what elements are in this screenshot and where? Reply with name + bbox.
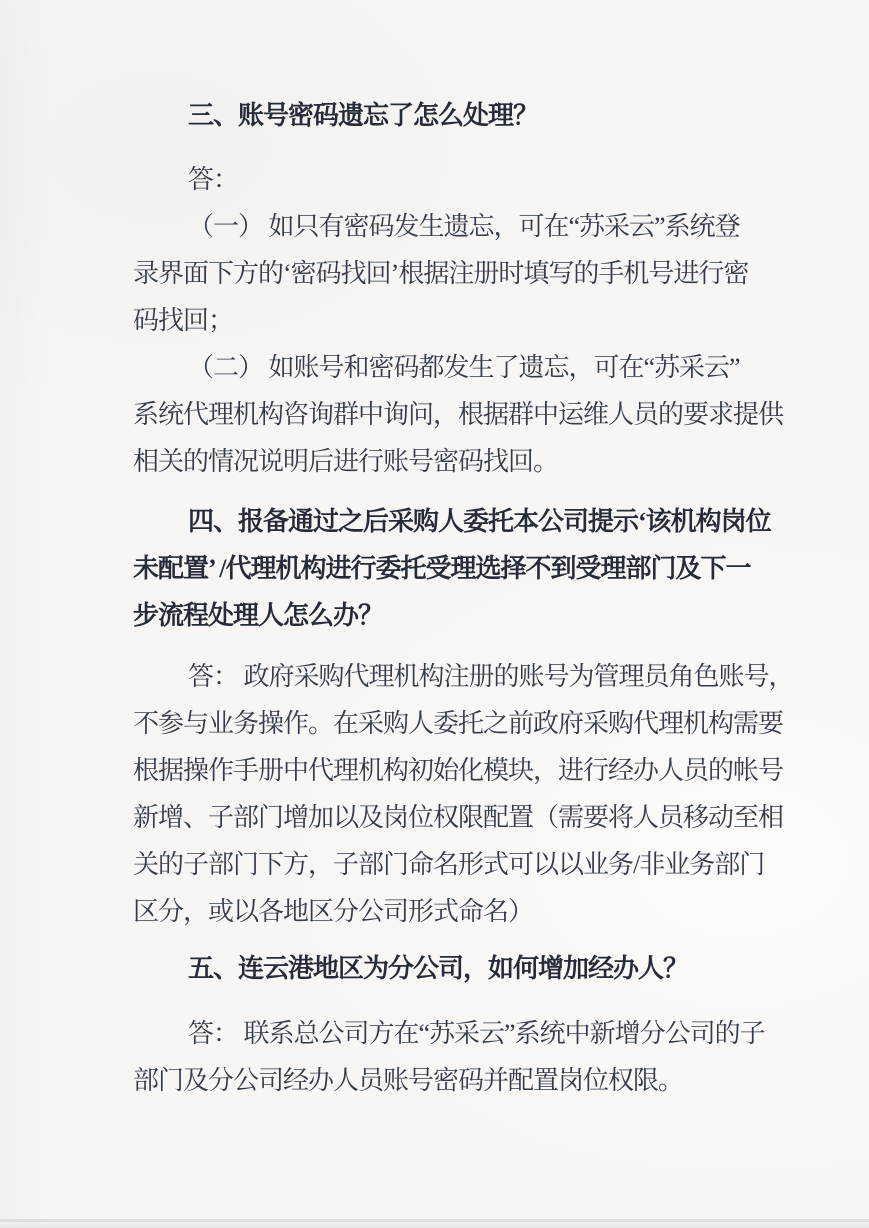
text-line: 部门及分公司经办人员账号密码并配置岗位权限。 xyxy=(133,1057,793,1104)
text-line: 三、账号密码遗忘了怎么处理？ xyxy=(133,92,793,139)
question-3-answer-item-2: （二） 如账号和密码都发生了遗忘，可在“苏采云”系统代理机构咨询群中询问，根据群… xyxy=(133,344,793,485)
text-line: 区分，或以各地区分公司形式命名） xyxy=(133,888,793,935)
text-line: 答： 联系总公司方在“苏采云”系统中新增分公司的子 xyxy=(133,1010,793,1057)
text-line: 步流程处理人怎么办？ xyxy=(133,592,793,639)
question-3-answer-label: 答： xyxy=(133,156,793,203)
text-line: 不参与业务操作。在采购人委托之前政府采购代理机构需要 xyxy=(133,700,793,747)
question-5-heading: 五、连云港地区为分公司，如何增加经办人？ xyxy=(133,945,793,992)
text-line: 录界面下方的‘密码找回’根据注册时填写的手机号进行密 xyxy=(133,250,793,297)
text-line: 五、连云港地区为分公司，如何增加经办人？ xyxy=(133,945,793,992)
question-5-answer: 答： 联系总公司方在“苏采云”系统中新增分公司的子部门及分公司经办人员账号密码并… xyxy=(133,1010,793,1104)
question-4-answer: 答： 政府采购代理机构注册的账号为管理员角色账号，不参与业务操作。在采购人委托之… xyxy=(133,653,793,935)
text-line: 根据操作手册中代理机构初始化模块，进行经办人员的帐号 xyxy=(133,747,793,794)
text-line: 关的子部门下方，子部门命名形式可以以业务/非业务部门 xyxy=(133,841,793,888)
question-3-answer-item-1: （一） 如只有密码发生遗忘，可在“苏采云”系统登录界面下方的‘密码找回’根据注册… xyxy=(133,203,793,344)
question-3-heading: 三、账号密码遗忘了怎么处理？ xyxy=(133,92,793,139)
scanned-document-page: 三、账号密码遗忘了怎么处理？ 答： （一） 如只有密码发生遗忘，可在“苏采云”系… xyxy=(0,0,869,1228)
question-4-heading: 四、报备通过之后采购人委托本公司提示‘该机构岗位未配置’ /代理机构进行委托受理… xyxy=(133,498,793,639)
text-line: 答： xyxy=(133,156,793,203)
text-line: （二） 如账号和密码都发生了遗忘，可在“苏采云” xyxy=(133,344,793,391)
text-line: 相关的情况说明后进行账号密码找回。 xyxy=(133,438,793,485)
text-line: 系统代理机构咨询群中询问，根据群中运维人员的要求提供 xyxy=(133,391,793,438)
text-line: （一） 如只有密码发生遗忘，可在“苏采云”系统登 xyxy=(133,203,793,250)
text-line: 四、报备通过之后采购人委托本公司提示‘该机构岗位 xyxy=(133,498,793,545)
text-line: 答： 政府采购代理机构注册的账号为管理员角色账号， xyxy=(133,653,793,700)
text-line: 新增、子部门增加以及岗位权限配置（需要将人员移动至相 xyxy=(133,794,793,841)
text-line: 未配置’ /代理机构进行委托受理选择不到受理部门及下一 xyxy=(133,545,793,592)
text-line: 码找回； xyxy=(133,297,793,344)
scan-bottom-edge-line xyxy=(0,1222,869,1228)
